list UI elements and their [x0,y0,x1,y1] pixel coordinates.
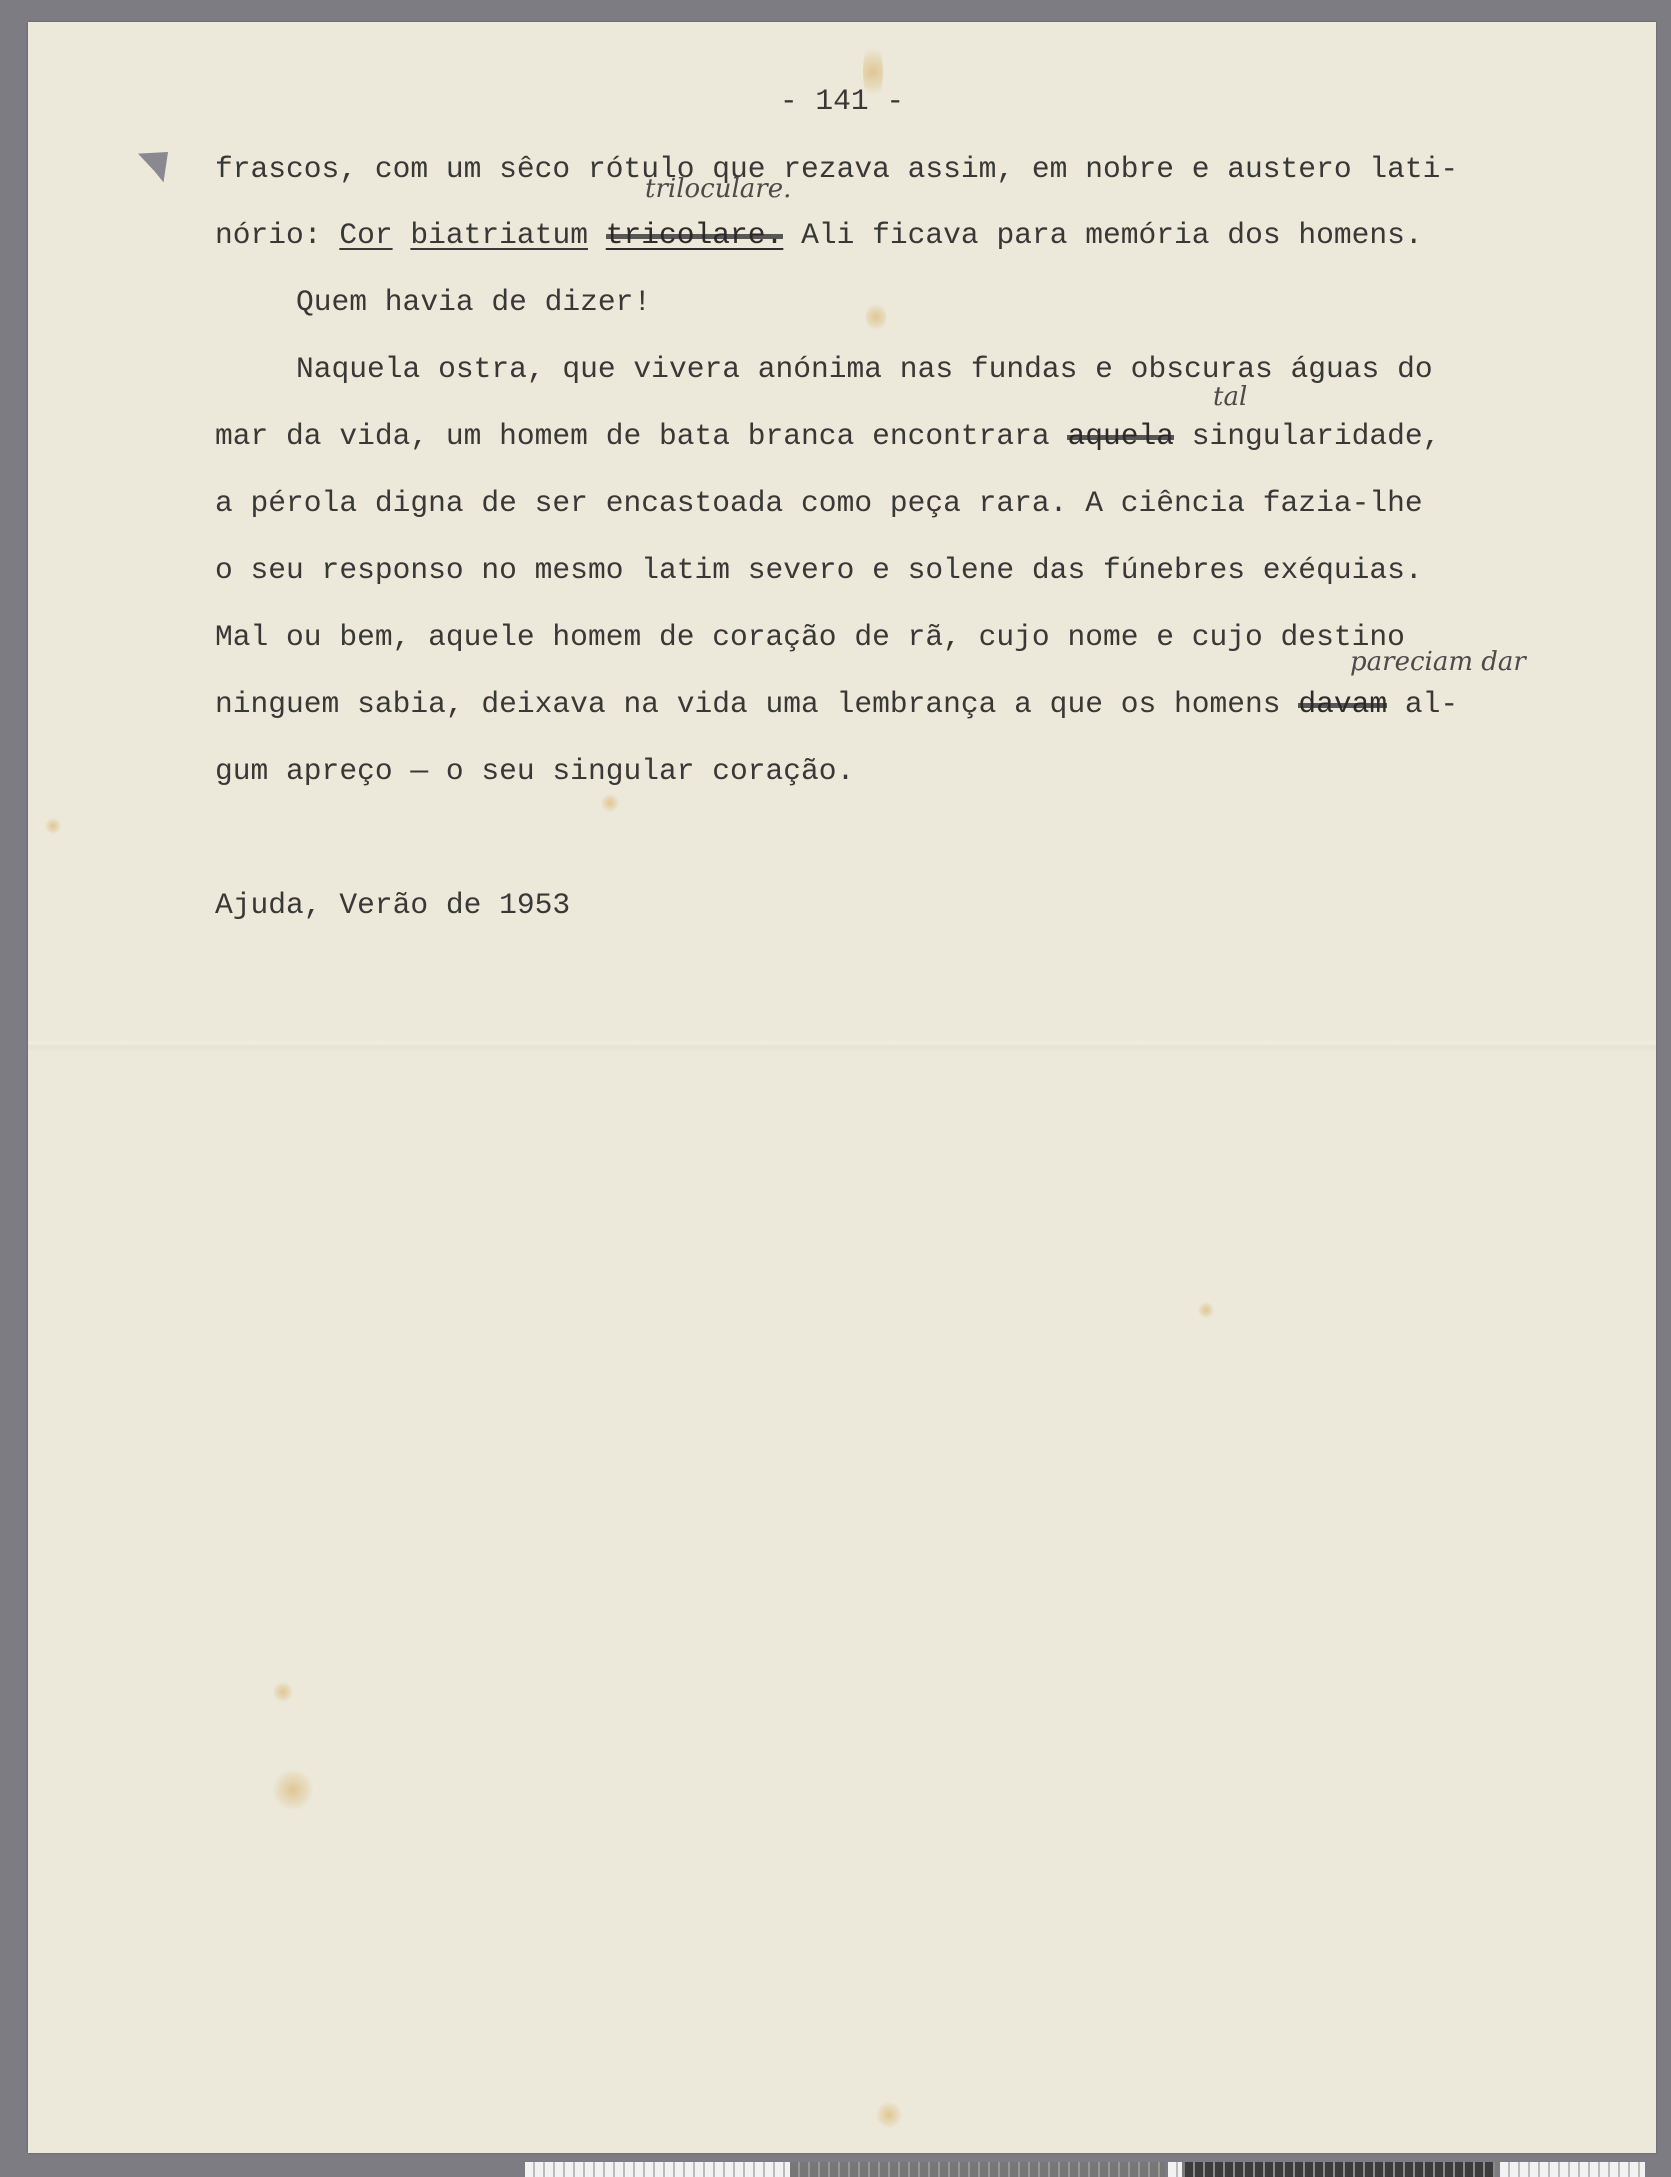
text-line-1: frascos, com um sêco rótulo que rezava a… [215,152,1458,186]
text-line-8: Mal ou bem, aquele homem de coração de r… [215,620,1405,654]
page-number: - 141 - [28,84,1656,118]
stain [866,302,886,332]
stain [45,818,61,834]
text-line-2-rest: Ali ficava para memória dos homens. [783,218,1422,252]
text-line-7: o seu responso no mesmo latim severo e s… [215,553,1423,587]
text-line-10: gum apreço — o seu singular coração. [215,754,854,788]
scale-ruler-gray [790,2162,1165,2177]
underlined-biatriatum: biatriatum [410,218,588,252]
stain [1198,1302,1214,1318]
stain [601,794,619,812]
scale-ruler-dark [1185,2162,1495,2177]
handwritten-pareciam-dar: pareciam dar [1350,647,1526,677]
paper-fold [28,1042,1656,1052]
scale-ruler-white-block [1168,2162,1182,2177]
text-line-4: Naquela ostra, que vivera anónima nas fu… [296,352,1433,386]
underlined-cor: Cor [339,218,392,252]
struck-word-tricolare: tricolare. [606,218,784,252]
handwritten-tal: tal [1213,382,1247,412]
paper-tab-mark [138,152,168,184]
text-line-2: nório: Cor biatriatum tricolare. Ali fic… [215,218,1423,252]
text-line-6: a pérola digna de ser encastoada como pe… [215,486,1423,520]
text-line-2-start: nório: [215,218,339,252]
stain [273,1682,293,1702]
signoff: Ajuda, Verão de 1953 [215,888,570,922]
text-line-5: mar da vida, um homem de bata branca enc… [215,419,1440,453]
text-line-3: Quem havia de dizer! [296,285,651,319]
scale-ruler-white-end [1500,2162,1645,2177]
stain [876,2102,902,2128]
scale-ruler-white [525,2162,790,2177]
document-page: - 141 - frascos, com um sêco rótulo que … [28,22,1656,2153]
stain [273,1770,313,1810]
struck-word-aquela: aquela [1067,419,1174,453]
handwritten-trilocular: triloculare. [645,174,791,204]
text-line-9: ninguem sabia, deixava na vida uma lembr… [215,687,1458,721]
struck-word-davam: davam [1298,687,1387,721]
